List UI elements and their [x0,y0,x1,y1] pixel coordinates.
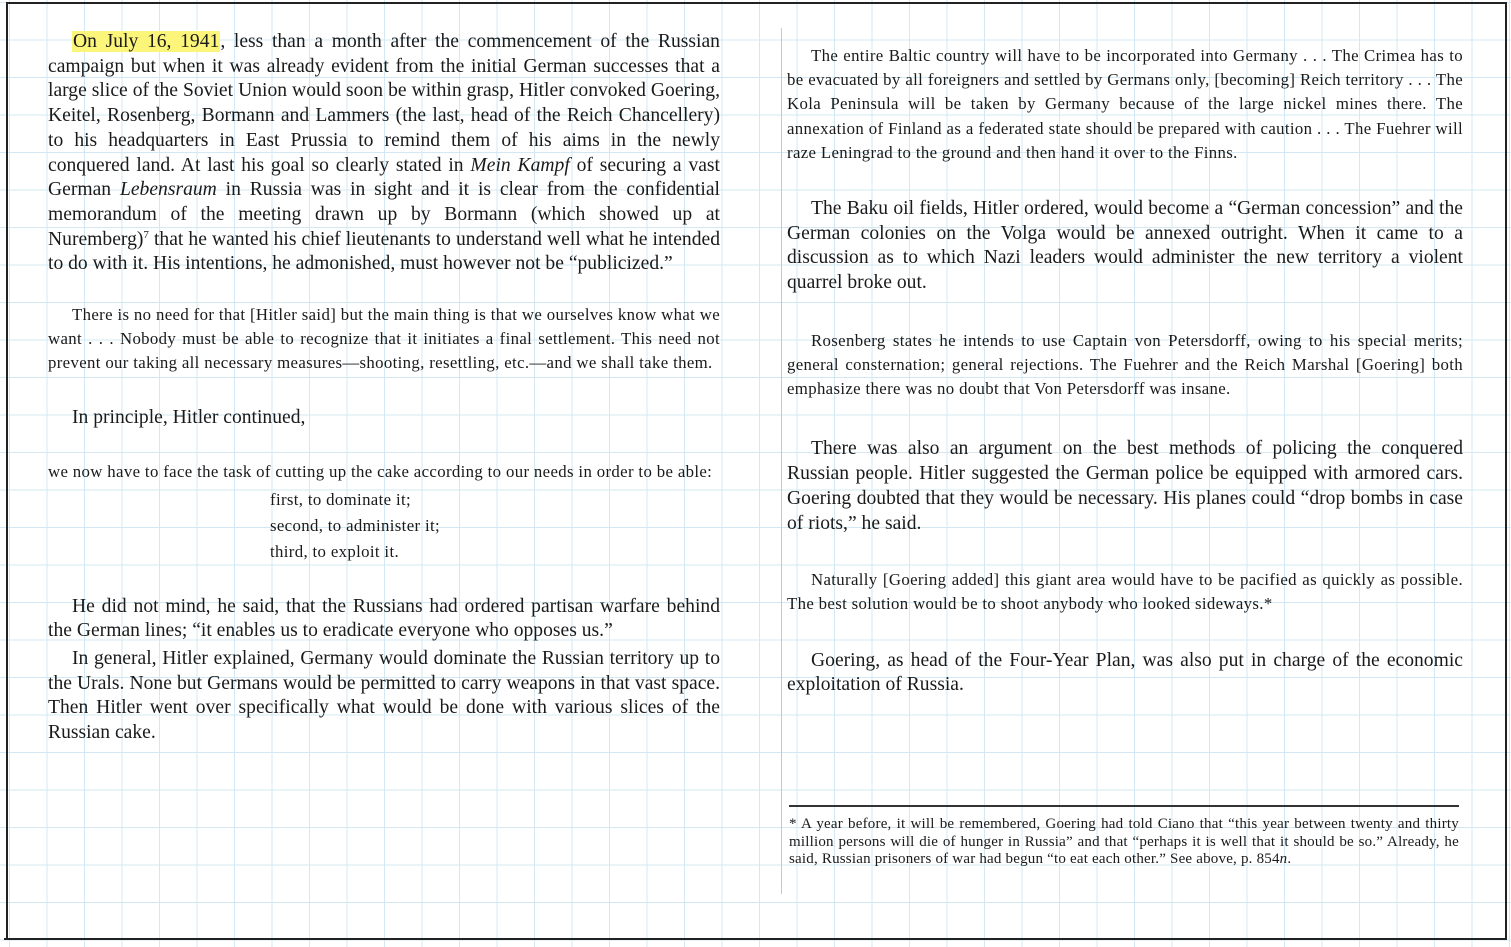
right-paragraph-2: There was also an argument on the best m… [787,437,1463,536]
highlighted-date[interactable]: On July 16, 1941 [72,31,220,52]
left-page-column: On July 16, 1941, less than a month afte… [48,30,720,746]
footnote-page-reference[interactable]: 854 [1257,851,1280,867]
page-frame-left-border [6,2,8,940]
right-paragraph-1: The Baku oil fields, Hitler ordered, wou… [787,197,1463,296]
right-block-quote-3: Naturally [Goering added] this giant are… [787,568,1463,616]
page-frame-top-border [6,2,1506,4]
right-block-quote-1: The entire Baltic country will have to b… [787,44,1463,165]
italic-term-lebensraum: Lebensraum [120,179,217,200]
footnote-text: * A year before, it will be remembered, … [789,816,1459,867]
left-block-quote-1: There is no need for that [Hitler said] … [48,303,720,376]
column-divider [781,28,782,894]
page-frame-right-border [1505,2,1507,940]
page-frame-bottom-border [4,938,1507,940]
left-paragraph-3: He did not mind, he said, that the Russi… [48,595,720,644]
left-quote-list: first, to dominate it; second, to admini… [48,487,720,565]
list-item: first, to dominate it; [270,487,720,513]
left-paragraph-1: On July 16, 1941, less than a month afte… [48,30,720,277]
right-paragraph-3: Goering, as head of the Four-Year Plan, … [787,649,1463,698]
italic-title-mein-kampf: Mein Kampf [470,155,569,176]
list-item: second, to administer it; [270,513,720,539]
list-item: third, to exploit it. [270,539,720,565]
right-block-quote-2: Rosenberg states he intends to use Capta… [787,329,1463,402]
footnote: * A year before, it will be remembered, … [789,816,1459,869]
footnote-separator-rule [789,805,1459,807]
left-paragraph-4: In general, Hitler explained, Germany wo… [48,647,720,746]
left-block-quote-2: we now have to face the task of cutting … [48,460,720,484]
right-page-column: The entire Baltic country will have to b… [787,44,1463,698]
paragraph-text: that he wanted his chief lieutenants to … [48,229,720,275]
left-paragraph-2: In principle, Hitler continued, [48,406,720,431]
footnote-end-punctuation: . [1287,851,1291,867]
